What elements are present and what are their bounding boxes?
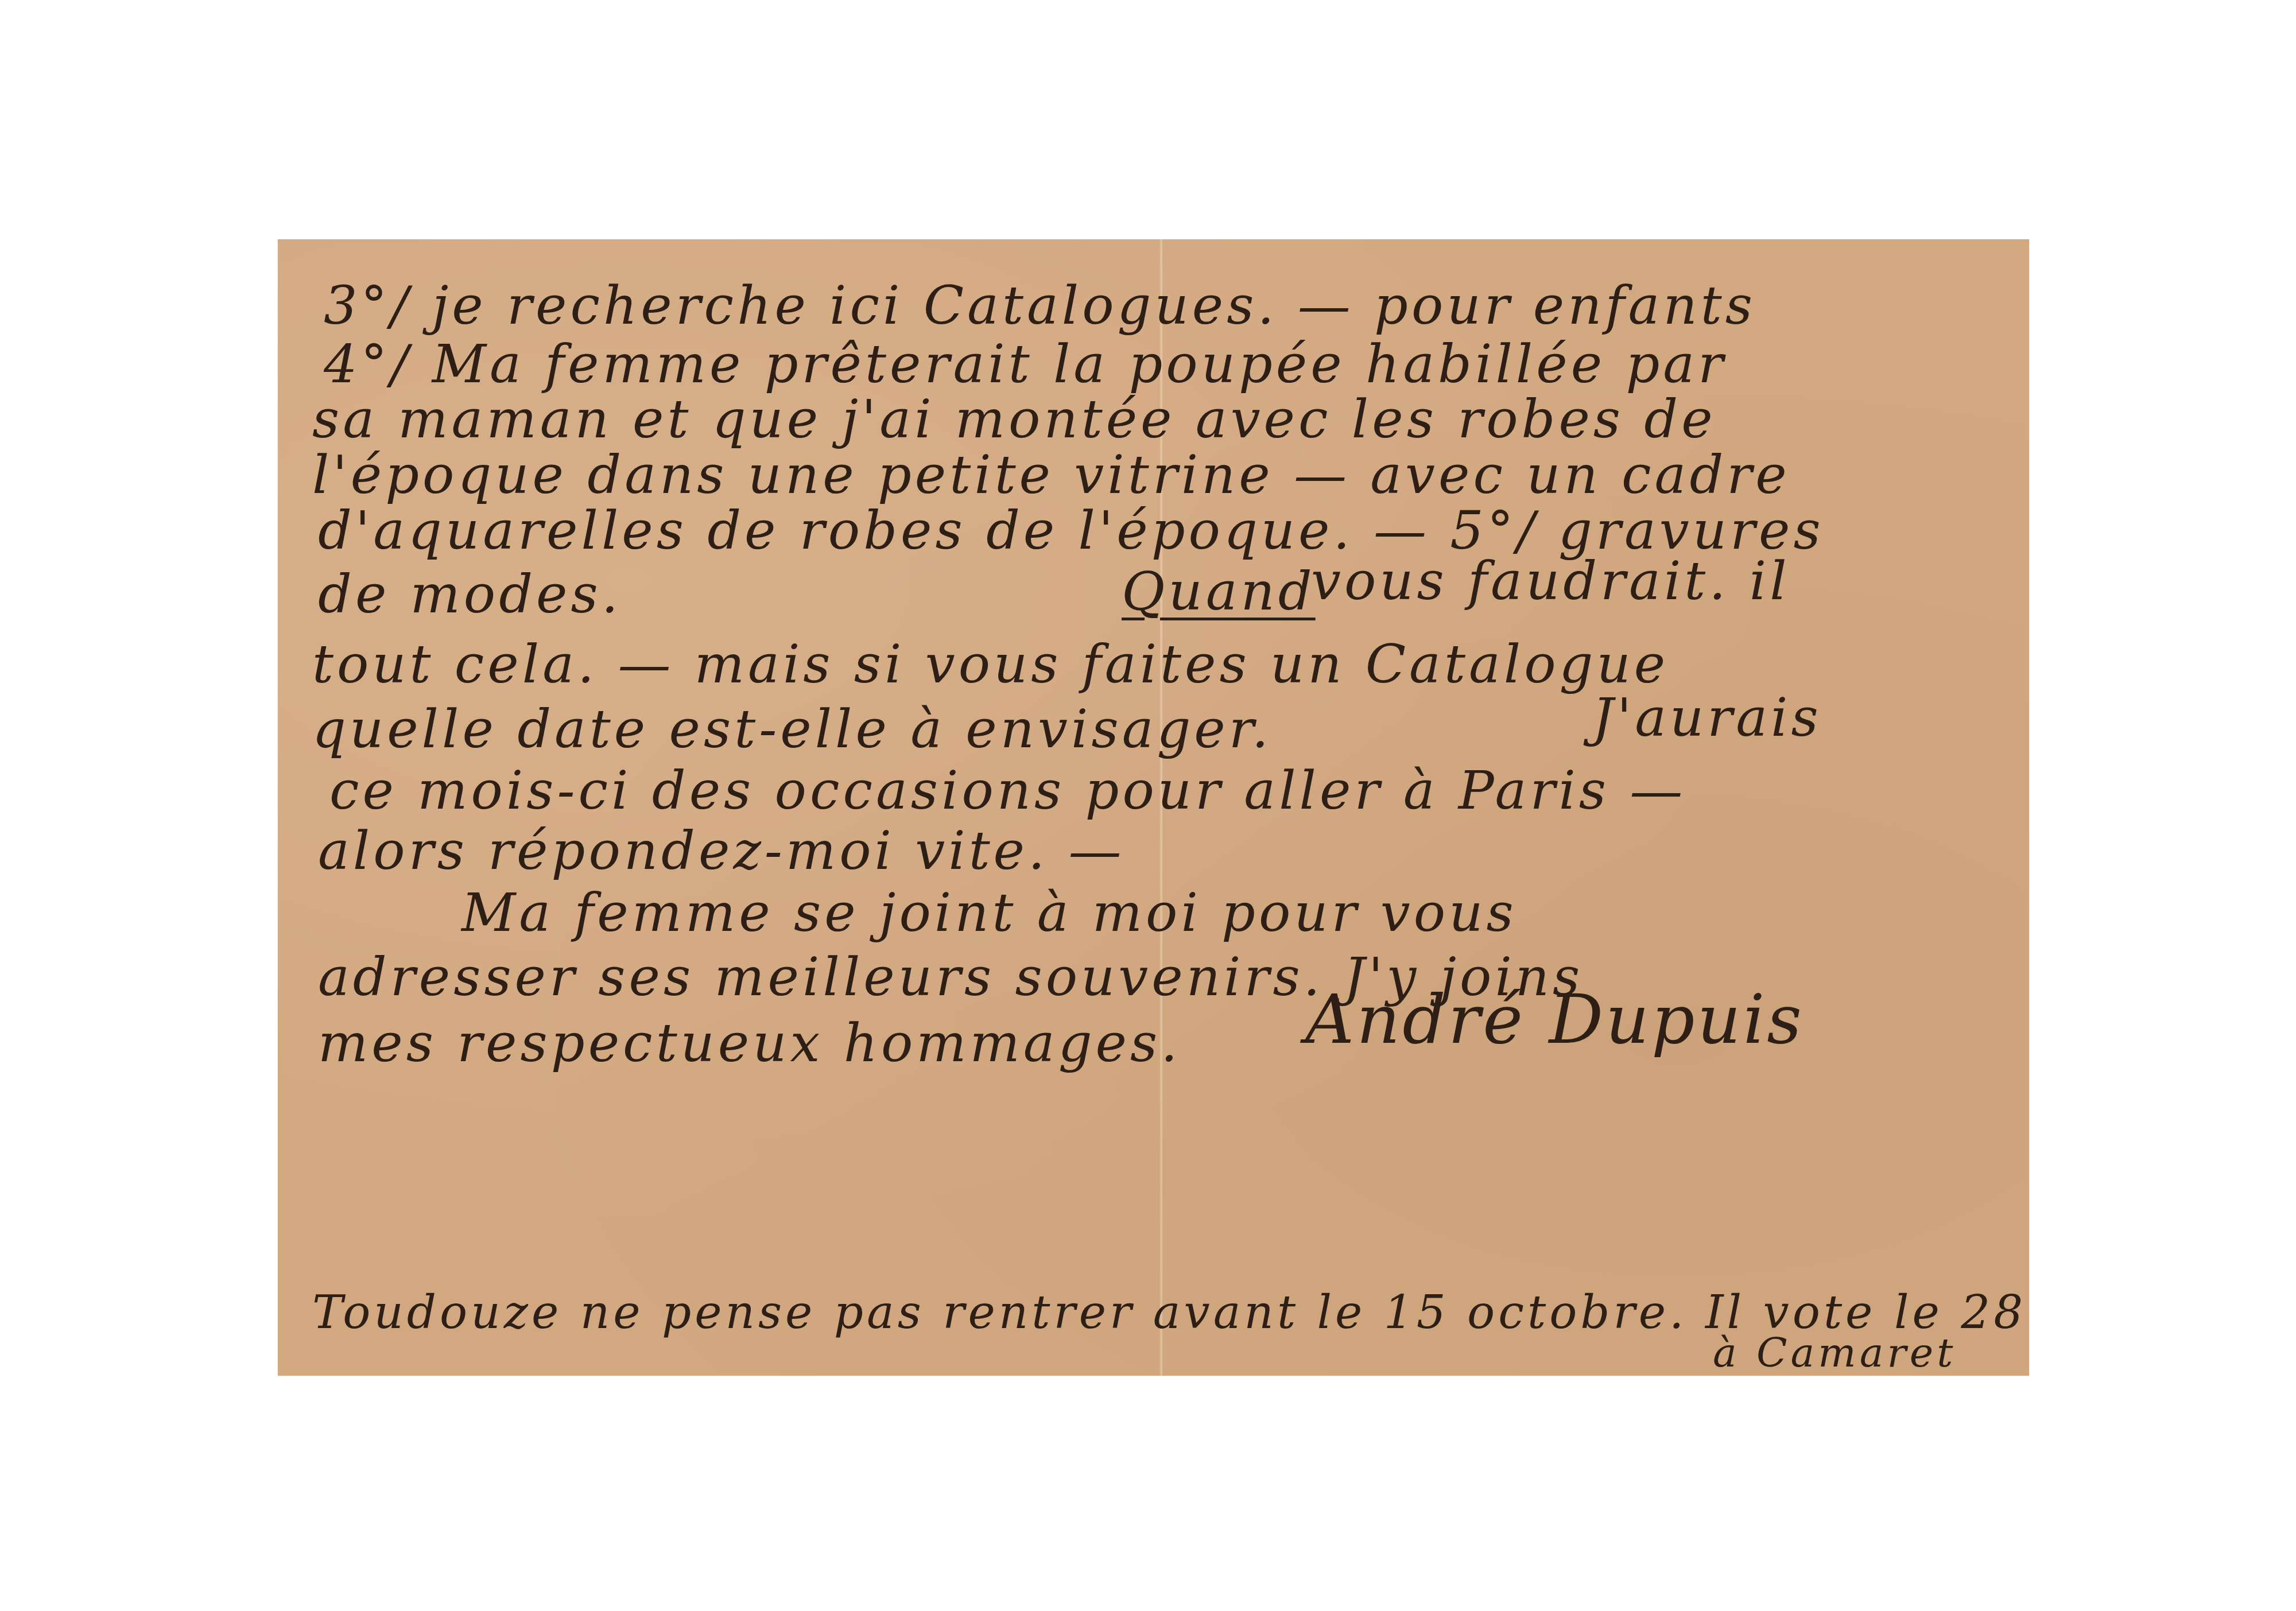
letter-line-8-end: J'aurais [1592, 692, 1822, 744]
letter-line-13: mes respectueux hommages. [318, 1017, 1181, 1070]
letter-line-9: ce mois-ci des occasions pour aller à Pa… [329, 764, 1686, 817]
signature: André Dupuis [1305, 985, 1804, 1053]
postscript-line-2: à Camaret [1713, 1333, 1956, 1373]
letter-line-6-start: de modes. [318, 568, 622, 621]
letter-line-4: l'époque dans une petite vitrine — avec … [312, 449, 1790, 502]
letter-line-8-start: quelle date est-elle à envisager. [312, 703, 1272, 756]
letter-card: 3°/ je recherche ici Catalogues. — pour … [278, 239, 2029, 1376]
letter-line-11: Ma femme se joint à moi pour vous [461, 887, 1517, 940]
letter-line-3: sa maman et que j'ai montée avec les rob… [312, 393, 1716, 446]
postscript-line-1: Toudouze ne pense pas rentrer avant le 1… [312, 1290, 2026, 1336]
letter-line-10: alors répondez-moi vite. — [318, 825, 1125, 878]
letter-line-1: 3°/ je recherche ici Catalogues. — pour … [324, 280, 1756, 332]
letter-line-7: tout cela. — mais si vous faites un Cata… [312, 638, 1669, 691]
letter-line-6-end: vous faudrait. il [1311, 555, 1790, 608]
letter-line-2: 4°/ Ma femme prêterait la poupée habillé… [324, 338, 1727, 391]
letter-line-6-quand: Quand [1122, 565, 1316, 618]
letter-line-5: d'aquarelles de robes de l'époque. — 5°/… [318, 504, 1824, 557]
